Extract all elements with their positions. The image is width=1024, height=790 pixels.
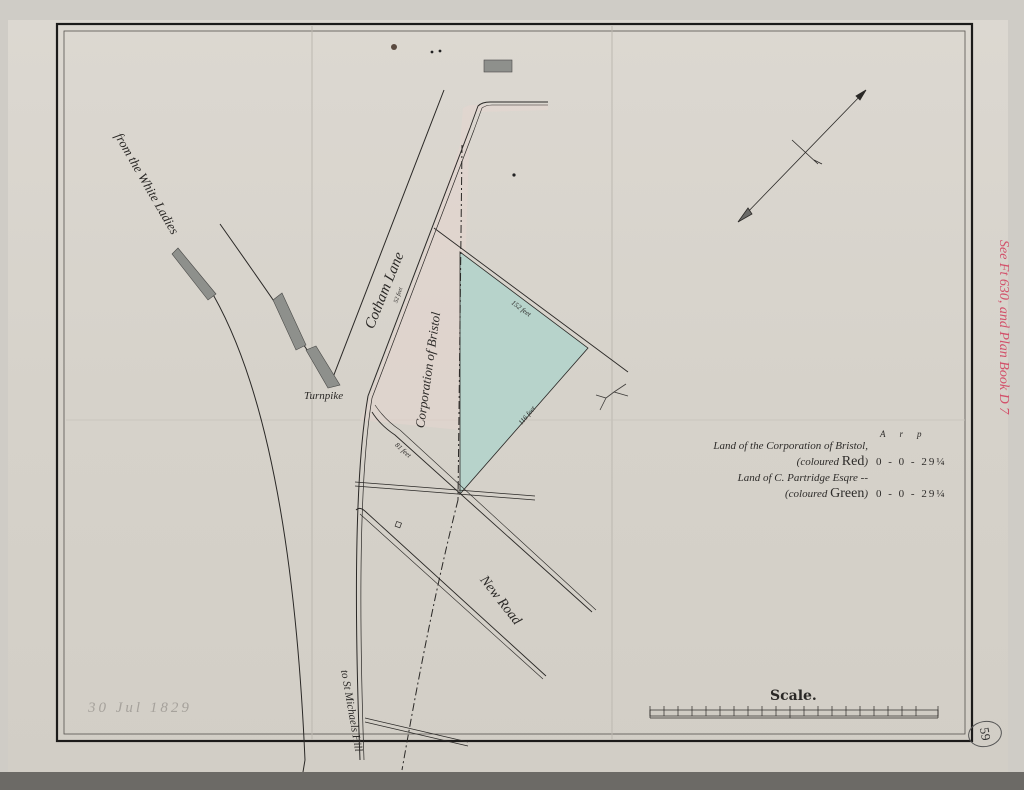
pencil-date: 30 Jul 1829 [88,700,192,717]
green-plot-partridge [460,252,588,494]
mount-board-edge [0,772,1024,790]
scale-title: Scale. [770,688,817,704]
red-annotation: See Ft 630, and Plan Book D 7 [995,240,1011,414]
scale-bar [650,706,938,718]
map-drawing [0,0,1024,790]
legend-value-corporation: 0 - 0 - 29¼ [876,454,947,470]
north-arrow-icon [738,90,866,222]
legend-value-partridge: 0 - 0 - 29¼ [876,486,947,502]
legend: Arp Land of the Corporation of Bristol, … [668,438,968,502]
legend-entry-partridge: Land of C. Partridge Esqre -- [668,470,968,486]
legend-headers: Arp [880,426,936,442]
label-turnpike: Turnpike [304,390,343,402]
